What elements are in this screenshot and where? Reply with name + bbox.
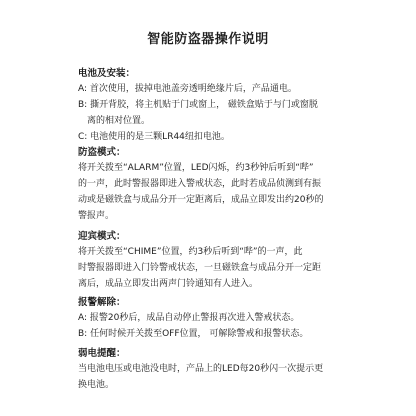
text-line: 动或是磁铁盒与成品分开一定距离后，成品立即发出约20秒的 [78, 192, 378, 208]
section-heading: 迎宾模式： [78, 229, 378, 244]
section-alarm-mode: 防盗模式： 将开关拨至“ALARM”位置，LED闪烁，约3秒钟后听到“哔” 的一… [78, 145, 378, 224]
text-line: 换电池。 [78, 377, 378, 393]
section-heading: 电池及安装： [78, 66, 378, 81]
text-line: 时警报器即进入门铃警戒状态，一旦磁铁盒与成品分开一定距 [78, 260, 378, 276]
section-chime-mode: 迎宾模式： 将开关拨至“CHIME”位置，约3秒后听到“哔”的一声，此 时警报器… [78, 229, 378, 292]
text-line: 当电池电压或电池没电时，产品上的LED每20秒闪一次提示更 [78, 361, 378, 377]
text-line: 将开关拨至“CHIME”位置，约3秒后听到“哔”的一声，此 [78, 244, 378, 260]
text-line: 的一声，此时警报器即进入警戒状态，此时若成品侦测到有振 [78, 176, 378, 192]
text-line: B: 撕开背胶，将主机贴于门或窗上， 磁铁盒贴于与门或窗脱 [78, 97, 378, 113]
section-heading: 防盗模式： [78, 145, 378, 160]
text-line: A: 报警20秒后，成品自动停止警报再次进入警戒状态。 [78, 310, 378, 326]
text-line: C: 电池使用的是三颗LR44纽扣电池。 [78, 129, 378, 145]
section-battery-install: 电池及安装： A: 首次使用，拔掉电池盖旁透明绝缘片后，产品通电。 B: 撕开背… [78, 66, 378, 145]
section-alarm-release: 报警解除： A: 报警20秒后，成品自动停止警报再次进入警戒状态。 B: 任何时… [78, 295, 378, 342]
section-heading: 报警解除： [78, 295, 378, 310]
text-line: B: 任何时候开关拨至OFF位置， 可解除警戒和报警状态。 [78, 326, 378, 342]
text-line: 警报声。 [78, 208, 378, 224]
text-line: A: 首次使用，拔掉电池盖旁透明绝缘片后，产品通电。 [78, 81, 378, 97]
section-heading: 弱电提醒： [78, 346, 378, 361]
section-low-battery: 弱电提醒： 当电池电压或电池没电时，产品上的LED每20秒闪一次提示更 换电池。 [78, 346, 378, 393]
text-line: 将开关拨至“ALARM”位置，LED闪烁，约3秒钟后听到“哔” [78, 160, 378, 176]
document-title: 智能防盗器操作说明 [0, 28, 416, 47]
text-line: 离后，成品立即发出两声门铃通知有人进入。 [78, 276, 378, 292]
text-line: 离的相对位置。 [78, 113, 378, 129]
